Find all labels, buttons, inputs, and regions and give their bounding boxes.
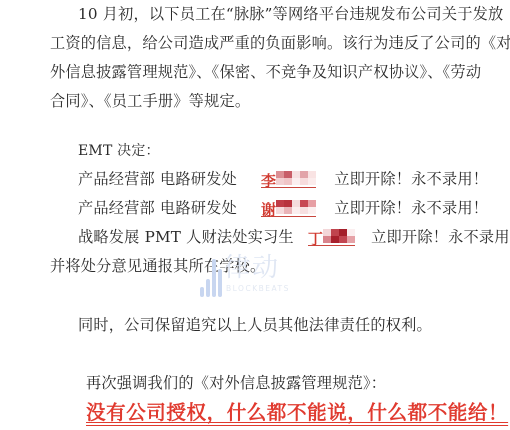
decision-heading: EMT 决定： [78,142,160,160]
paragraph-1-line-2: 工资的信息，给公司造成严重的负面影响。该行为违反了公司的《对 [50,34,472,52]
entry-action: 立即开除！永不录用！ [334,199,488,217]
name-initial: 李 [261,172,276,190]
school-notice: 并将处分意见通报其所在学校。 [50,257,265,275]
document-page: 10 月初，以下员工在“脉脉”等网络平台违规发布公司关于发放 工资的信息，给公司… [0,0,510,430]
redacted-name: 李 [261,171,316,188]
redacted-name: 谢 [261,200,316,217]
pixelation-block [276,200,284,214]
emphasis-intro: 再次强调我们的《对外信息披露管理规范》： [86,374,386,392]
decision-entry-1: 产品经营部 电路研发处 李 立即开除！永不录用！ [78,170,488,188]
entry-department: 产品经营部 电路研发处 [78,170,237,188]
slogan-emphasis: 没有公司授权，什么都不能说，什么都不能给！ [86,402,508,424]
decision-entry-2: 产品经营部 电路研发处 谢 立即开除！永不录用！ [78,199,488,217]
paragraph-1-line-4: 合同》、《员工手册》等规定。 [50,92,250,110]
entry-action: 立即开除！永不录用！ [334,170,488,188]
watermark-subtext: BLOCKBEATS [226,284,290,293]
name-initial: 谢 [261,201,276,219]
entry-action: 立即开除！永不录用！ [371,228,510,246]
name-initial: 丁 [308,230,323,248]
paragraph-1-line-1: 10 月初，以下员工在“脉脉”等网络平台违规发布公司关于发放 [78,5,472,23]
reservation-statement: 同时，公司保留追究以上人员其他法律责任的权利。 [78,316,432,334]
pixelation-block [276,171,284,185]
pixelation-block [323,229,331,243]
decision-entry-3: 战略发展 PMT 人财法处实习生 丁 立即开除！永不录用！ [78,228,510,246]
redacted-name: 丁 [308,229,355,246]
entry-department: 产品经营部 电路研发处 [78,199,237,217]
paragraph-1-line-3: 外信息披露管理规范》、《保密、不竞争及知识产权协议》、《劳动 [50,63,472,81]
entry-department: 战略发展 PMT 人财法处实习生 [78,228,294,246]
